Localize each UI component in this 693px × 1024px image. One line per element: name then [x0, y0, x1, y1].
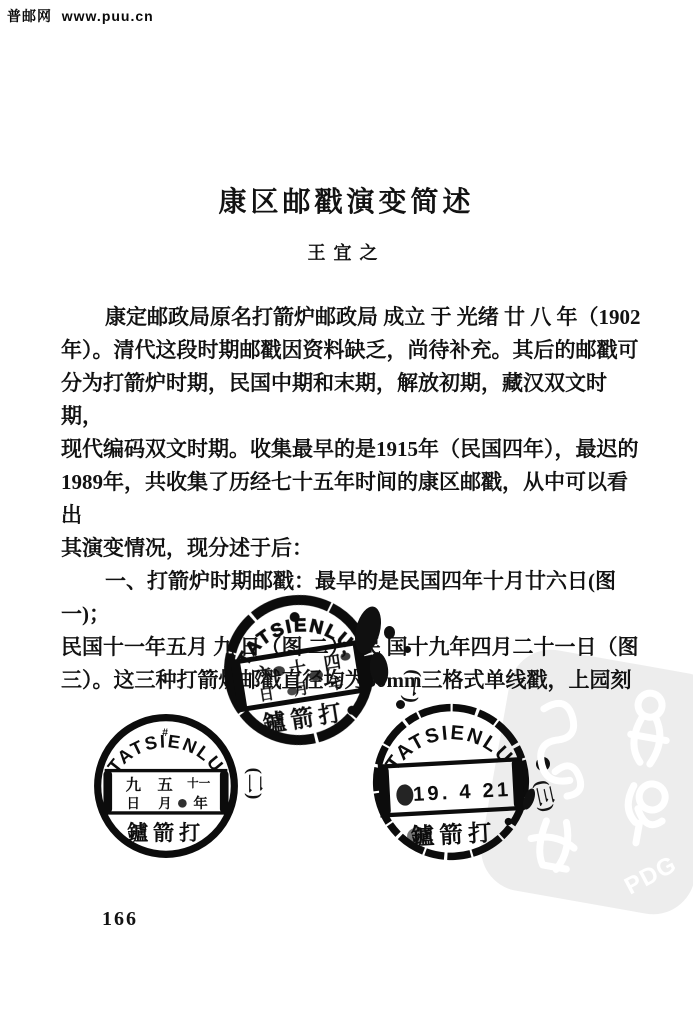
ink-dot	[178, 799, 187, 808]
date-char: 九	[126, 776, 142, 794]
ink-blot	[396, 700, 405, 709]
author-name: 王宜之	[0, 239, 693, 265]
date-char: 十	[288, 657, 308, 679]
ink-blot	[396, 784, 414, 806]
date-char: 日	[258, 685, 275, 704]
box-bar-right	[220, 771, 229, 813]
date-text: 19. 4 21	[412, 779, 511, 806]
site-watermark: 普邮网 www.puu.cn	[7, 6, 154, 26]
date-char: 年	[327, 673, 345, 693]
ink-blot	[536, 757, 550, 771]
bottom-text: 鑪箭打	[127, 820, 205, 845]
page-title: 康区邮戳演变简述	[0, 180, 693, 220]
body-line: 1989年，共收集了历经七十五年时间的康区邮戳，从中可以看出	[61, 466, 645, 532]
page-number: 166	[102, 908, 138, 931]
box-bar-left	[103, 771, 112, 813]
date-char: 日	[127, 796, 140, 811]
ink-blot	[272, 665, 285, 677]
postmark-figure-2: # TATSIENLU 九 日 五 月 十一 年 鑪箭打	[89, 709, 243, 863]
date-char: 六	[253, 663, 274, 685]
date-char: 五	[157, 776, 173, 794]
date-char: 四	[322, 652, 342, 673]
figure-1-label: (一)	[398, 668, 431, 705]
date-char: 月	[158, 796, 171, 811]
date-char: 十一	[187, 776, 211, 790]
ink-dot	[504, 818, 512, 826]
body-line: 其演变情况，现分述于后：	[61, 532, 645, 565]
ink-blot	[384, 626, 395, 639]
scanned-page: 普邮网 www.puu.cn 康区邮戳演变简述 王宜之 康定邮政局原名打箭炉邮政…	[0, 0, 693, 1024]
section-heading: 一、打箭炉时期邮戳：	[105, 570, 315, 593]
postmark-figure-3: TATSIENLU 19. 4 21 鑪箭打	[362, 693, 541, 872]
date-char: 年	[193, 794, 208, 812]
ink-blot	[404, 646, 411, 653]
body-line: 年）。清代这段时期邮戳因资料缺乏，尚待补充。其后的邮戳可	[61, 334, 645, 367]
ink-blot	[308, 669, 323, 681]
body-line: 分为打箭炉时期，民国中期和末期，解放初期，藏汉双文时期，	[61, 367, 645, 433]
ink-blot	[340, 652, 351, 661]
figure-2-label: (二)	[242, 768, 269, 800]
body-line: 康定邮政局原名打箭炉邮政局 成立 于 光绪 廿 八 年（1902	[61, 301, 645, 334]
body-line: 现代编码双文时期。收集最早的是1915年（民国四年），最迟的	[61, 433, 645, 466]
